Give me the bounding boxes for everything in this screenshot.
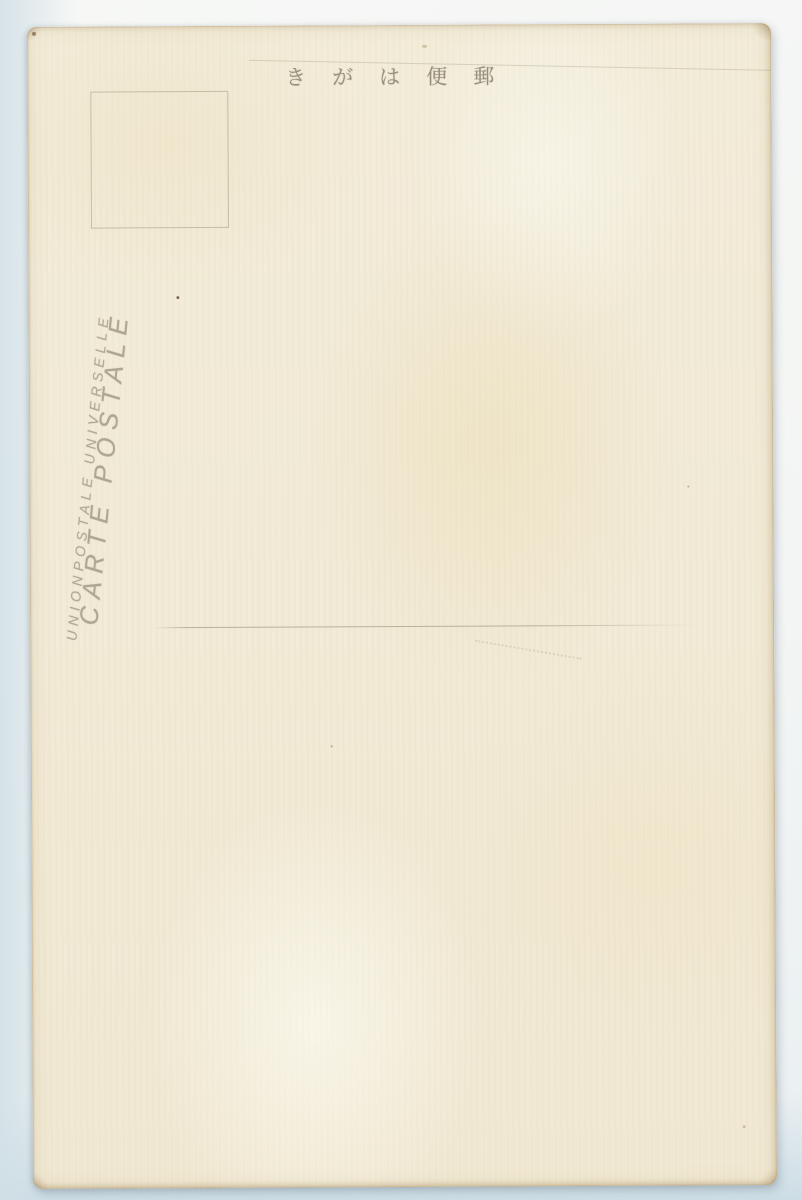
paper-speck [422, 45, 427, 48]
paper-speck [331, 745, 333, 747]
postcard-back: きがは便郵 UNIONPOSTALE UNIVERSELLE CARTE POS… [27, 23, 777, 1189]
stamp-box [90, 91, 229, 229]
address-divider-line [152, 624, 700, 628]
paper-speck [176, 296, 179, 299]
paper-speck [743, 1125, 746, 1128]
paper-speck [32, 32, 36, 36]
scan-background: きがは便郵 UNIONPOSTALE UNIVERSELLE CARTE POS… [0, 0, 802, 1200]
pencil-smudge [475, 640, 582, 660]
paper-speck [687, 485, 689, 487]
postcard-type-caption-jp: きがは便郵 [285, 60, 520, 91]
